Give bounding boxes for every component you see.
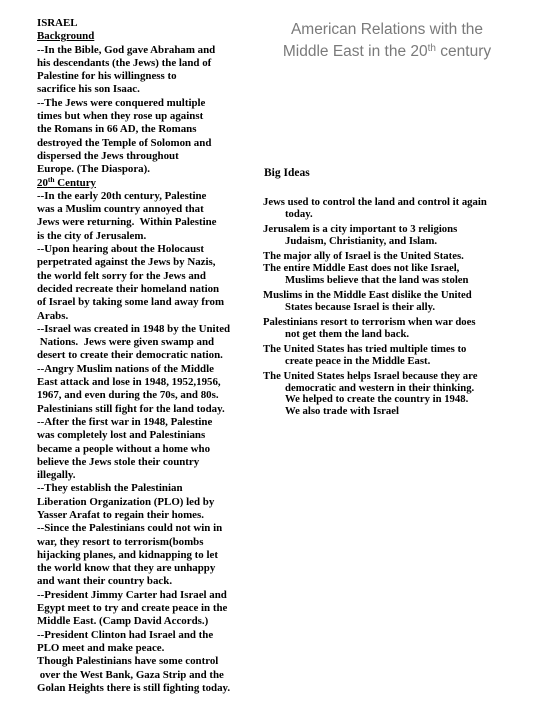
big-idea-item: Jews used to control the land and contro… (263, 197, 539, 221)
slide-canvas: ISRAEL Background --In the Bible, God ga… (0, 0, 540, 720)
slide-title-tail: century (436, 43, 491, 60)
big-idea-item: The entire Middle East does not like Isr… (263, 263, 539, 287)
century-heading-superscript: th (48, 175, 55, 184)
notes-paragraph: --Since the Palestinians could not win i… (37, 522, 277, 588)
century-heading-word: Century (55, 177, 96, 189)
notes-paragraph: --Israel was created in 1948 by the Unit… (37, 323, 277, 363)
slide-title-superscript: th (428, 43, 436, 54)
israel-notes-block: ISRAEL Background --In the Bible, God ga… (37, 17, 277, 695)
notes-paragraph: --Upon hearing about the Holocaust perpe… (37, 243, 277, 323)
big-ideas-list: Jews used to control the land and contro… (263, 197, 539, 418)
big-idea-item: The major ally of Israel is the United S… (263, 251, 539, 263)
big-idea-item: The United States helps Israel because t… (263, 371, 539, 418)
notes-paragraph: --President Jimmy Carter had Israel and … (37, 589, 277, 629)
notes-paragraph: --President Clinton had Israel and the P… (37, 629, 277, 656)
notes-paragraph: Though Palestinians have some control ov… (37, 655, 277, 695)
notes-paragraph: --In the Bible, God gave Abraham and his… (37, 44, 277, 97)
israel-heading: ISRAEL (37, 17, 277, 30)
slide-title: American Relations with the Middle East … (255, 19, 519, 65)
big-idea-item: The United States has tried multiple tim… (263, 344, 539, 368)
big-idea-item: Jerusalem is a city important to 3 relig… (263, 224, 539, 248)
big-idea-item: Palestinians resort to terrorism when wa… (263, 317, 539, 341)
notes-paragraph: --The Jews were conquered multiple times… (37, 97, 277, 177)
big-ideas-heading: Big Ideas (264, 167, 310, 180)
notes-paragraph: --They establish the Palestinian Liberat… (37, 482, 277, 522)
background-heading: Background (37, 30, 277, 43)
century-heading-number: 20 (37, 177, 48, 189)
big-idea-item: Muslims in the Middle East dislike the U… (263, 290, 539, 314)
century-heading: 20th Century (37, 177, 277, 190)
notes-paragraph: --After the first war in 1948, Palestine… (37, 416, 277, 482)
notes-paragraph: --Angry Muslim nations of the Middle Eas… (37, 363, 277, 416)
notes-paragraph: --In the early 20th century, Palestine w… (37, 190, 277, 243)
